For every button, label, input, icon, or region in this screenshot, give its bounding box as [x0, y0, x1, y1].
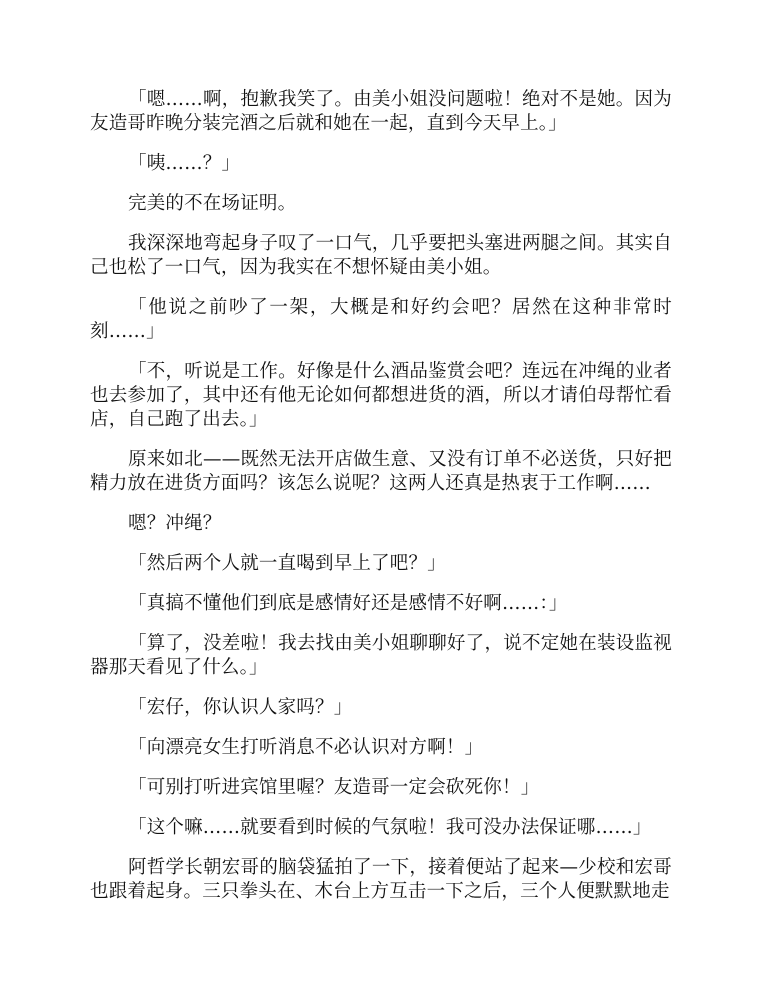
paragraph: 「向漂亮女生打听消息不必认识对方啊！」	[90, 736, 672, 760]
paragraph: 「咦……？」	[90, 152, 672, 176]
paragraph: 完美的不在场证明。	[90, 192, 672, 216]
document-page: 「嗯……啊，抱歉我笑了。由美小姐没问题啦！绝对不是她。因为友造哥昨晚分装完酒之后…	[90, 88, 672, 920]
paragraph: 原来如北——既然无法开店做生意、又没有订单不必送货，只好把精力放在进货方面吗？该…	[90, 448, 672, 496]
paragraph: 我深深地弯起身子叹了一口气，几乎要把头塞进两腿之间。其实自己也松了一口气，因为我…	[90, 232, 672, 280]
paragraph: 「嗯……啊，抱歉我笑了。由美小姐没问题啦！绝对不是她。因为友造哥昨晚分装完酒之后…	[90, 88, 672, 136]
paragraph: 阿哲学长朝宏哥的脑袋猛拍了一下，接着便站了起来—少校和宏哥也跟着起身。三只拳头在…	[90, 856, 672, 904]
paragraph: 「宏仔，你认识人家吗？」	[90, 696, 672, 720]
paragraph: 「算了，没差啦！我去找由美小姐聊聊好了，说不定她在装设监视器那天看见了什么。」	[90, 632, 672, 680]
paragraph: 「不，听说是工作。好像是什么酒品鉴赏会吧？连远在冲绳的业者也去参加了，其中还有他…	[90, 360, 672, 432]
paragraph: 「他说之前吵了一架，大概是和好约会吧？居然在这种非常时刻……」	[90, 296, 672, 344]
paragraph: 「这个嘛……就要看到时候的气氛啦！我可没办法保证哪……」	[90, 816, 672, 840]
paragraph: 嗯？冲绳？	[90, 512, 672, 536]
paragraph: 「真搞不懂他们到底是感情好还是感情不好啊……：」	[90, 592, 672, 616]
paragraph: 「可别打听进宾馆里喔？友造哥一定会砍死你！」	[90, 776, 672, 800]
paragraph: 「然后两个人就一直喝到早上了吧？」	[90, 552, 672, 576]
